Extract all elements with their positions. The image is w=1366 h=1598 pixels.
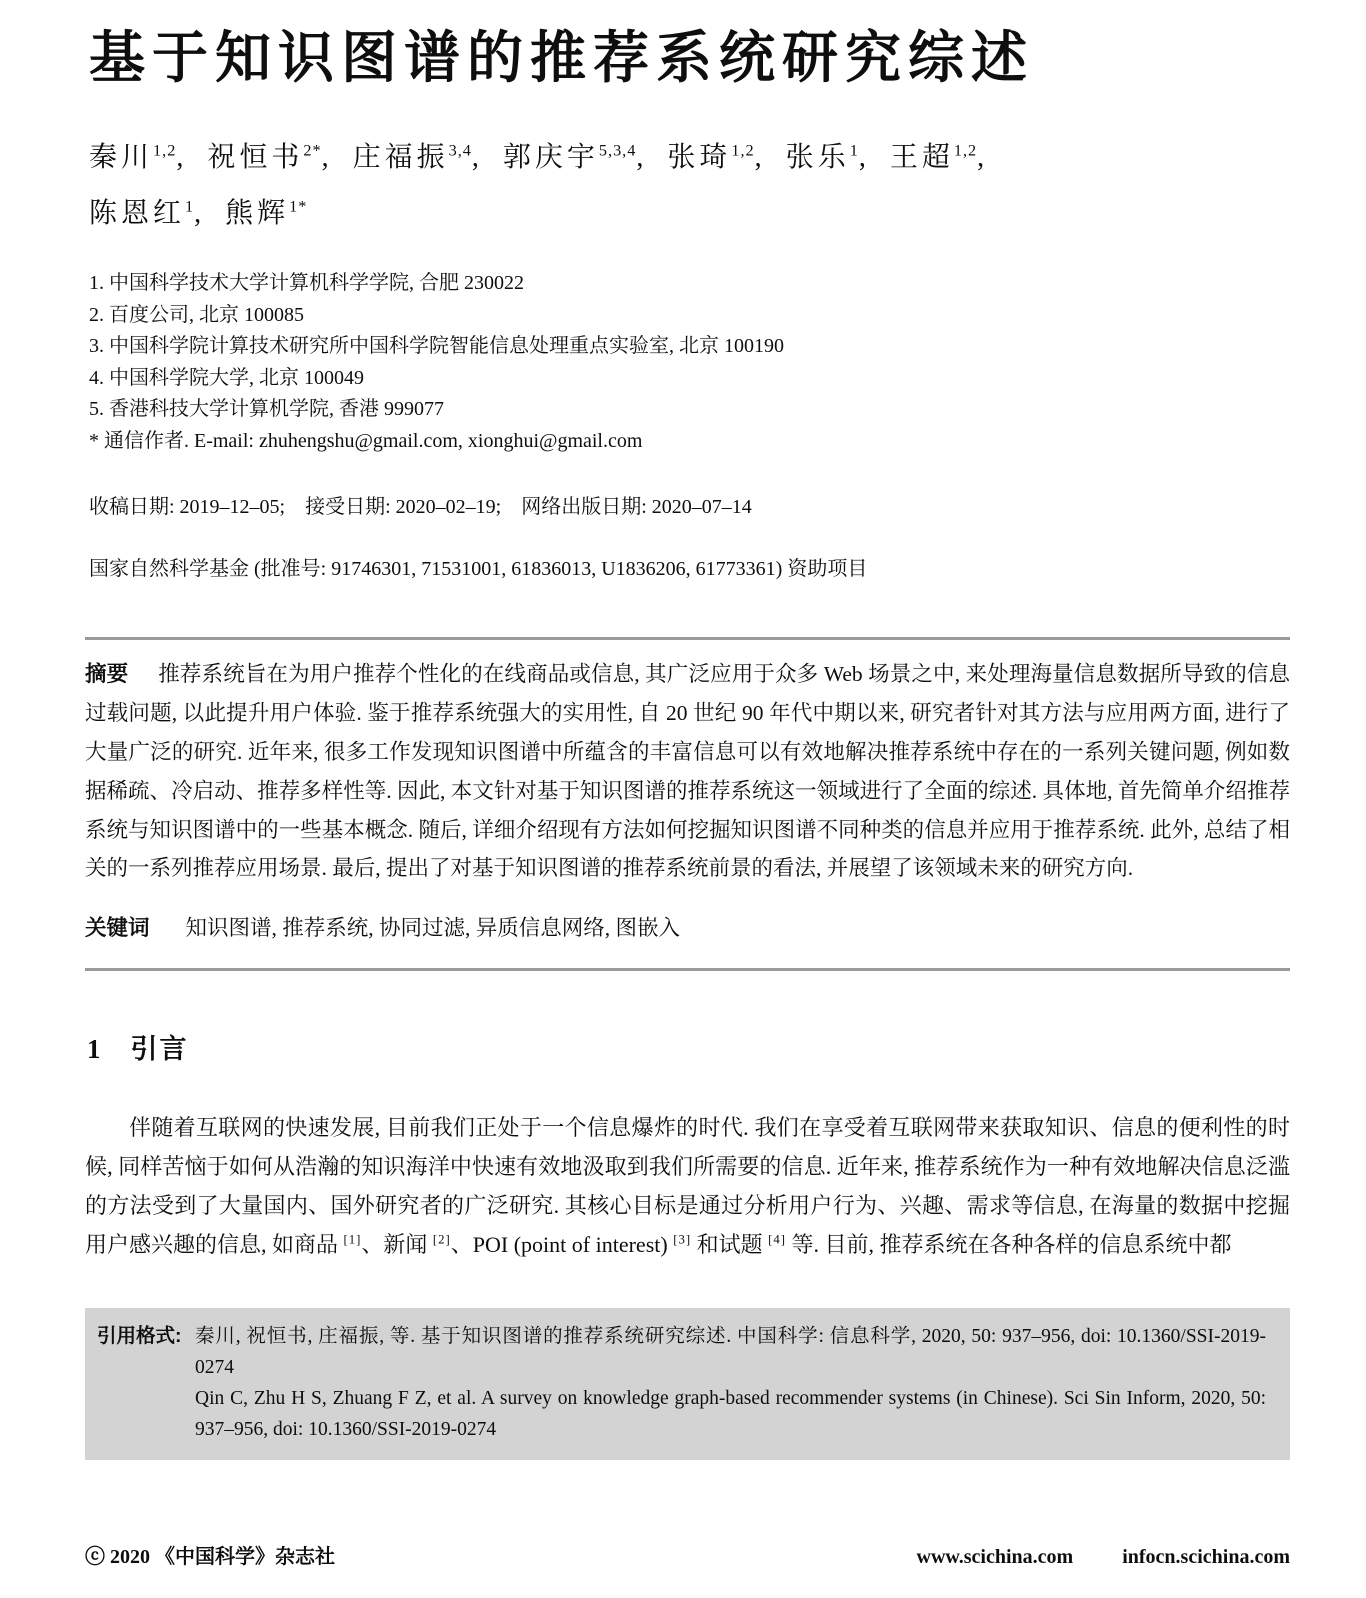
author-separator: , bbox=[636, 142, 650, 173]
section-heading-introduction: 1引言 bbox=[87, 1027, 1290, 1066]
author-separator: , bbox=[472, 142, 486, 173]
keywords-text: 知识图谱, 推荐系统, 协同过滤, 异质信息网络, 图嵌入 bbox=[186, 916, 681, 940]
author-name: 祝恒书 bbox=[207, 142, 303, 173]
intro-text: 、新闻 bbox=[361, 1232, 433, 1257]
author-affiliation-superscript: 1 bbox=[185, 198, 194, 216]
funding-line: 国家自然科学基金 (批准号: 91746301, 71531001, 61836… bbox=[89, 552, 1290, 581]
author-name: 张乐 bbox=[786, 142, 850, 173]
author-affiliation-superscript: 1 bbox=[850, 142, 859, 160]
copyright-text: ⓒ 2020 《中国科学》杂志社 bbox=[85, 1540, 335, 1569]
author: 庄福振3,4 bbox=[353, 142, 472, 173]
divider bbox=[85, 968, 1290, 971]
reference-marker: [3] bbox=[673, 1233, 691, 1247]
author-separator: , bbox=[194, 198, 208, 229]
author: 张琦1,2 bbox=[667, 142, 754, 173]
abstract-paragraph: 摘要推荐系统旨在为用户推荐个性化的在线商品或信息, 其广泛应用于众多 Web 场… bbox=[85, 655, 1290, 888]
author-separator: , bbox=[176, 142, 190, 173]
author: 熊辉1* bbox=[225, 198, 307, 229]
author: 张乐1 bbox=[786, 142, 859, 173]
keywords-line: 关键词知识图谱, 推荐系统, 协同过滤, 异质信息网络, 图嵌入 bbox=[85, 911, 1290, 942]
author-name: 陈恩红 bbox=[89, 198, 185, 229]
affiliation-line: 5. 香港科技大学计算机学院, 香港 999077 bbox=[89, 394, 1290, 426]
author-name: 张琦 bbox=[667, 142, 731, 173]
keywords-label: 关键词 bbox=[85, 916, 150, 940]
dates-line: 收稿日期: 2019–12–05;接受日期: 2020–02–19;网络出版日期… bbox=[89, 490, 1290, 519]
reference-marker: [1] bbox=[344, 1233, 362, 1247]
author-line: 陈恩红1, 熊辉1* bbox=[89, 186, 1290, 242]
author-separator: , bbox=[755, 142, 769, 173]
reference-marker: [2] bbox=[433, 1233, 451, 1247]
author-separator: , bbox=[322, 142, 336, 173]
author: 秦川1,2 bbox=[89, 142, 176, 173]
author-affiliation-superscript: 5,3,4 bbox=[599, 142, 636, 160]
author-affiliation-superscript: 1,2 bbox=[731, 142, 754, 160]
section-title: 引言 bbox=[131, 1034, 189, 1064]
author: 陈恩红1 bbox=[89, 198, 194, 229]
author-affiliation-superscript: 2* bbox=[303, 142, 321, 160]
page-title: 基于知识图谱的推荐系统研究综述 bbox=[89, 26, 1290, 90]
author: 郭庆宇5,3,4 bbox=[503, 142, 636, 173]
intro-paragraph: 伴随着互联网的快速发展, 目前我们正处于一个信息爆炸的时代. 我们在享受着互联网… bbox=[85, 1108, 1290, 1264]
affiliation-line: 3. 中国科学院计算技术研究所中国科学院智能信息处理重点实验室, 北京 1001… bbox=[89, 331, 1290, 363]
citation-english: Qin C, Zhu H S, Zhuang F Z, et al. A sur… bbox=[195, 1383, 1266, 1445]
divider bbox=[85, 637, 1290, 640]
citation-label: 引用格式: bbox=[97, 1321, 182, 1352]
intro-text: 和试题 bbox=[691, 1232, 768, 1257]
abstract-text: 推荐系统旨在为用户推荐个性化的在线商品或信息, 其广泛应用于众多 Web 场景之… bbox=[85, 662, 1290, 880]
author-lines: 秦川1,2, 祝恒书2*, 庄福振3,4, 郭庆宇5,3,4, 张琦1,2, 张… bbox=[89, 130, 1290, 242]
page-footer: ⓒ 2020 《中国科学》杂志社 www.scichina.com infocn… bbox=[85, 1540, 1290, 1569]
footer-links: www.scichina.com infocn.scichina.com bbox=[873, 1546, 1290, 1569]
author-name: 王超 bbox=[890, 142, 954, 173]
infocn-link[interactable]: infocn.scichina.com bbox=[1122, 1546, 1290, 1568]
author-name: 熊辉 bbox=[225, 198, 289, 229]
paper-page: 基于知识图谱的推荐系统研究综述 秦川1,2, 祝恒书2*, 庄福振3,4, 郭庆… bbox=[0, 0, 1366, 1598]
affiliation-line: 4. 中国科学院大学, 北京 100049 bbox=[89, 363, 1290, 395]
section-number: 1 bbox=[87, 1034, 101, 1064]
reference-marker: [4] bbox=[768, 1233, 786, 1247]
intro-text: 、POI (point of interest) bbox=[451, 1232, 673, 1257]
abstract-label: 摘要 bbox=[85, 662, 128, 686]
citation-box: 引用格式: 秦川, 祝恒书, 庄福振, 等. 基于知识图谱的推荐系统研究综述. … bbox=[85, 1308, 1290, 1460]
author-affiliation-superscript: 1* bbox=[289, 198, 307, 216]
author-name: 郭庆宇 bbox=[503, 142, 599, 173]
author-affiliation-superscript: 1,2 bbox=[954, 142, 977, 160]
online-date: 网络出版日期: 2020–07–14 bbox=[521, 496, 752, 518]
author-separator: , bbox=[859, 142, 873, 173]
author-line: 秦川1,2, 祝恒书2*, 庄福振3,4, 郭庆宇5,3,4, 张琦1,2, 张… bbox=[89, 130, 1290, 186]
scichina-link[interactable]: www.scichina.com bbox=[917, 1546, 1074, 1568]
citation-chinese: 秦川, 祝恒书, 庄福振, 等. 基于知识图谱的推荐系统研究综述. 中国科学: … bbox=[195, 1321, 1266, 1383]
author-affiliation-superscript: 1,2 bbox=[153, 142, 176, 160]
author-name: 庄福振 bbox=[353, 142, 449, 173]
affiliation-line: 1. 中国科学技术大学计算机科学学院, 合肥 230022 bbox=[89, 268, 1290, 300]
author: 王超1,2 bbox=[890, 142, 977, 173]
intro-text: 等. 目前, 推荐系统在各种各样的信息系统中都 bbox=[786, 1232, 1232, 1257]
correspondence-line: * 通信作者. E-mail: zhuhengshu@gmail.com, xi… bbox=[89, 426, 1290, 458]
received-date: 收稿日期: 2019–12–05; bbox=[89, 496, 285, 518]
accepted-date: 接受日期: 2020–02–19; bbox=[305, 496, 501, 518]
affiliation-line: 2. 百度公司, 北京 100085 bbox=[89, 300, 1290, 332]
author: 祝恒书2* bbox=[207, 142, 321, 173]
author-affiliation-superscript: 3,4 bbox=[449, 142, 472, 160]
author-name: 秦川 bbox=[89, 142, 153, 173]
author-separator: , bbox=[977, 142, 984, 173]
affiliations-block: 1. 中国科学技术大学计算机科学学院, 合肥 230022 2. 百度公司, 北… bbox=[89, 268, 1290, 457]
